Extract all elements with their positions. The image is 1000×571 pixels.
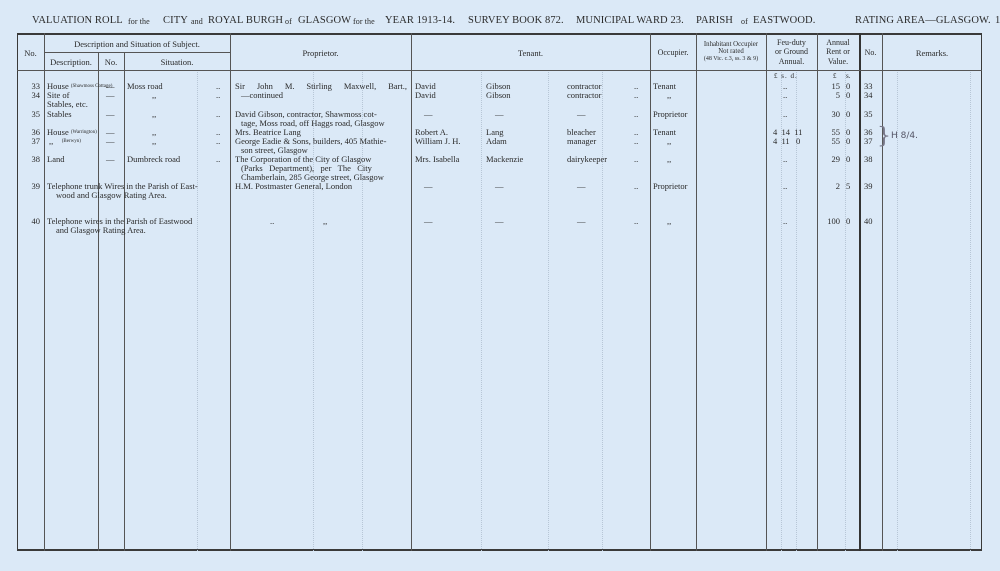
guide-rule bbox=[602, 70, 603, 551]
feu-units: £ s. d. bbox=[774, 72, 798, 81]
row-rent-pounds: 2 bbox=[820, 182, 840, 191]
row-no: 37 bbox=[20, 137, 40, 146]
row-occupier: ,, bbox=[667, 137, 671, 146]
row-proprietor: —continued bbox=[241, 91, 283, 100]
row-situation-dots: .. bbox=[216, 155, 220, 164]
row-description: Land bbox=[47, 155, 64, 164]
description-note: (Berwyn) bbox=[62, 139, 81, 144]
row-rent-shillings: 0 bbox=[846, 110, 850, 119]
guide-rule bbox=[548, 70, 549, 551]
header-feu-line1: Feu-duty bbox=[777, 38, 806, 48]
row-no: 34 bbox=[20, 91, 40, 100]
row-tenant-dots: .. bbox=[634, 137, 638, 146]
row-proprietor-dots: .. bbox=[270, 217, 274, 226]
description-note: (Warrington) bbox=[71, 130, 97, 135]
guide-rule bbox=[897, 70, 898, 551]
row-situation: ,, bbox=[152, 137, 156, 146]
col-rule bbox=[98, 53, 99, 551]
col-rule-thick bbox=[859, 33, 861, 551]
header-feu-duty: Feu-duty or Ground Annual. bbox=[766, 36, 817, 68]
row-situation: ,, bbox=[152, 91, 156, 100]
row-rent-pounds: 55 bbox=[820, 137, 840, 146]
row-sub-no: — bbox=[106, 137, 115, 146]
row-rent-pounds: 30 bbox=[820, 110, 840, 119]
row-occupier: ,, bbox=[667, 155, 671, 164]
row-proprietor: ,, bbox=[323, 217, 327, 226]
row-tenant-occupation: — bbox=[577, 110, 586, 119]
row-tenant-dots: .. bbox=[634, 91, 638, 100]
parish-label: PARISH bbox=[696, 15, 733, 26]
row-feu: .. bbox=[783, 155, 787, 164]
col-rule bbox=[650, 33, 651, 551]
row-no-right: 34 bbox=[864, 91, 873, 100]
row-no-right: 37 bbox=[864, 137, 873, 146]
row-description: Stables bbox=[47, 110, 72, 119]
header-annual-line1: Annual bbox=[826, 38, 850, 48]
row-situation: Dumbreck road bbox=[127, 155, 180, 164]
row-rent-shillings: 0 bbox=[846, 91, 850, 100]
row-situation-dots: .. bbox=[216, 110, 220, 119]
remarks-handwritten-note: H 8/4. bbox=[891, 131, 918, 141]
remarks-bracket: } bbox=[877, 124, 891, 149]
header-inhabitant-occupier: Inhabitant Occupier Not rated (48 Vic. c… bbox=[696, 37, 766, 67]
row-tenant-last: Mackenzie bbox=[486, 155, 523, 164]
row-tenant-first: David bbox=[415, 91, 436, 100]
row-tenant-last: — bbox=[495, 182, 504, 191]
row-tenant-occupation: contractor bbox=[567, 91, 601, 100]
row-description-cont: Stables, etc. bbox=[47, 100, 88, 109]
col-rule bbox=[44, 33, 45, 551]
row-no: 40 bbox=[20, 217, 40, 226]
row-no-right: 38 bbox=[864, 155, 873, 164]
header-annual-rent: Annual Rent or Value. bbox=[817, 36, 859, 68]
row-feu: 4 11 0 bbox=[773, 137, 800, 146]
page-number: 121 bbox=[995, 15, 1000, 26]
header-occupier: Occupier. bbox=[650, 35, 696, 70]
row-rent-shillings: 0 bbox=[846, 217, 850, 226]
row-occupier: ,, bbox=[667, 217, 671, 226]
header-description-group: Description and Situation of Subject. bbox=[44, 35, 230, 52]
row-tenant-occupation: — bbox=[577, 182, 586, 191]
row-tenant-dots: .. bbox=[634, 110, 638, 119]
rating-area: RATING AREA—GLASGOW. bbox=[855, 15, 991, 26]
row-tenant-last: Gibson bbox=[486, 91, 511, 100]
roll-title: VALUATION ROLL for the CITY and ROYAL BU… bbox=[32, 15, 992, 29]
row-sub-no: — bbox=[106, 110, 115, 119]
col-rule bbox=[124, 53, 125, 551]
municipal-ward: MUNICIPAL WARD 23. bbox=[576, 15, 684, 26]
description-text: ,, bbox=[49, 136, 53, 146]
row-no: 35 bbox=[20, 110, 40, 119]
row-tenant-first: — bbox=[424, 110, 433, 119]
row-tenant-occupation: dairykeeper bbox=[567, 155, 607, 164]
row-situation: ,, bbox=[152, 110, 156, 119]
row-sub-no: — bbox=[106, 91, 115, 100]
row-no-right: 39 bbox=[864, 182, 873, 191]
header-annual-line2: Rent or bbox=[826, 47, 850, 57]
guide-rule bbox=[970, 70, 971, 551]
row-tenant-dots: .. bbox=[634, 182, 638, 191]
row-sub-no: — bbox=[106, 155, 115, 164]
header-no: No. bbox=[17, 35, 44, 70]
header-no-right: No. bbox=[859, 35, 882, 70]
row-tenant-dots: .. bbox=[634, 155, 638, 164]
title-glasgow: GLASGOW bbox=[298, 15, 351, 26]
guide-rule bbox=[481, 70, 482, 551]
row-occupier: Proprietor bbox=[653, 182, 687, 191]
row-situation: Moss road bbox=[127, 82, 163, 91]
row-tenant-last: — bbox=[495, 110, 504, 119]
row-description: ,, (Berwyn) bbox=[49, 137, 81, 146]
row-feu: .. bbox=[783, 110, 787, 119]
header-bottom-rule bbox=[17, 70, 982, 71]
row-no: 38 bbox=[20, 155, 40, 164]
row-tenant-last: — bbox=[495, 217, 504, 226]
row-rent-pounds: 5 bbox=[820, 91, 840, 100]
title-of: of bbox=[285, 17, 292, 26]
header-annual-line3: Value. bbox=[828, 57, 848, 67]
row-rent-pounds: 29 bbox=[820, 155, 840, 164]
header-proprietor: Proprietor. bbox=[230, 35, 411, 70]
survey-book: SURVEY BOOK 872. bbox=[468, 15, 564, 26]
title-for-the-2: for the bbox=[353, 17, 375, 26]
row-occupier: Tenant bbox=[653, 128, 676, 137]
row-rent-shillings: 5 bbox=[846, 182, 850, 191]
row-occupier: Tenant bbox=[653, 82, 676, 91]
row-no: 39 bbox=[20, 182, 40, 191]
row-rent-shillings: 0 bbox=[846, 155, 850, 164]
parish-of: of bbox=[741, 17, 748, 26]
row-tenant-first: — bbox=[424, 217, 433, 226]
row-no-right: 40 bbox=[864, 217, 873, 226]
row-description-cont: wood and Glasgow Rating Area. bbox=[56, 191, 167, 200]
row-tenant-occupation: manager bbox=[567, 137, 596, 146]
row-situation-dots: .. bbox=[216, 137, 220, 146]
rent-units-pound: £ bbox=[833, 72, 837, 81]
title-for-the: for the bbox=[128, 17, 150, 26]
header-remarks: Remarks. bbox=[882, 35, 982, 70]
row-feu: .. bbox=[783, 217, 787, 226]
row-tenant-dots: .. bbox=[634, 217, 638, 226]
col-rule bbox=[230, 33, 231, 551]
row-occupier: Proprietor bbox=[653, 110, 687, 119]
header-inhabitant-line3: (48 Vic. c.3, ss. 3 & 9) bbox=[704, 56, 758, 64]
header-situation: Situation. bbox=[124, 53, 230, 70]
row-tenant-occupation: — bbox=[577, 217, 586, 226]
header-description: Description. bbox=[44, 53, 98, 70]
row-rent-pounds: 100 bbox=[818, 217, 840, 226]
header-tenant: Tenant. bbox=[411, 35, 650, 70]
col-rule bbox=[766, 33, 767, 551]
header-feu-line3: Annual. bbox=[779, 57, 805, 67]
title-royal-burgh: ROYAL BURGH bbox=[208, 15, 283, 26]
title-valuation-roll: VALUATION ROLL bbox=[32, 15, 123, 26]
row-proprietor: H.M. Postmaster General, London bbox=[235, 182, 352, 191]
row-tenant-first: William J. H. bbox=[415, 137, 460, 146]
row-occupier: ,, bbox=[667, 91, 671, 100]
row-tenant-first: Mrs. Isabella bbox=[415, 155, 459, 164]
row-feu: .. bbox=[783, 91, 787, 100]
rent-units-shilling: s. bbox=[846, 72, 850, 81]
guide-rule bbox=[197, 70, 198, 551]
row-feu: .. bbox=[783, 182, 787, 191]
header-feu-line2: or Ground bbox=[775, 47, 808, 57]
col-rule bbox=[882, 33, 883, 551]
col-rule bbox=[696, 33, 697, 551]
header-inhabitant-line2: Not rated bbox=[718, 48, 743, 56]
row-tenant-first: — bbox=[424, 182, 433, 191]
col-rule bbox=[817, 33, 818, 551]
parish-name: EASTWOOD. bbox=[753, 15, 815, 26]
row-tenant-last: Adam bbox=[486, 137, 507, 146]
row-rent-shillings: 0 bbox=[846, 137, 850, 146]
title-year: YEAR 1913-14. bbox=[385, 15, 455, 26]
col-rule bbox=[411, 33, 412, 551]
row-situation-dots: .. bbox=[216, 91, 220, 100]
title-and: and bbox=[191, 17, 203, 26]
row-no-right: 35 bbox=[864, 110, 873, 119]
header-inhabitant-line1: Inhabitant Occupier bbox=[704, 41, 758, 49]
title-city: CITY bbox=[163, 15, 188, 26]
row-description-cont: and Glasgow Rating Area. bbox=[56, 226, 146, 235]
header-sub-no: No. bbox=[98, 53, 124, 70]
